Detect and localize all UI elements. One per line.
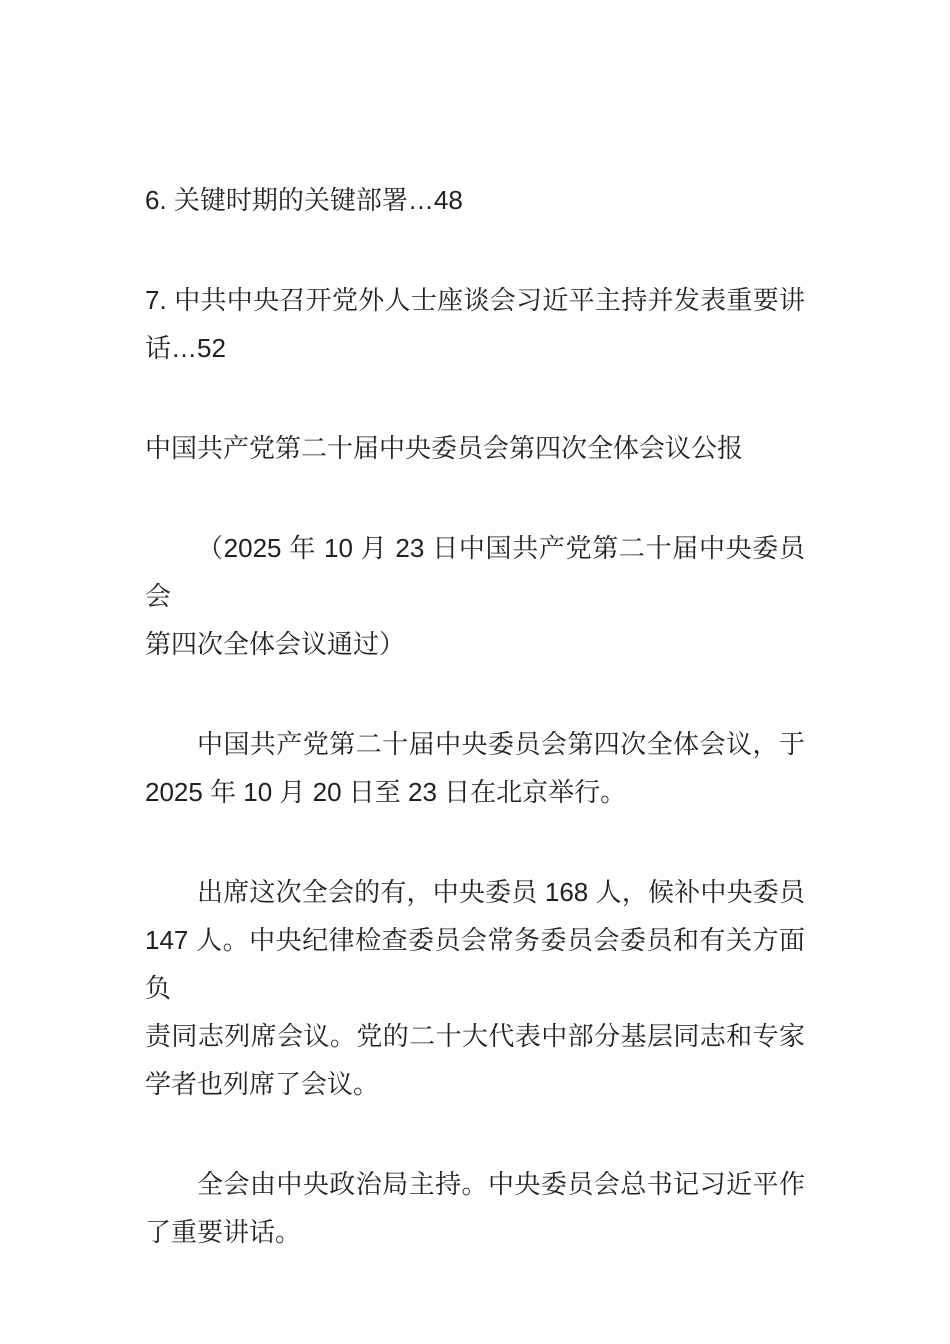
paragraph-presiding-line-2: 了重要讲话。 <box>145 1208 805 1256</box>
toc-item-7-line-1: 7. 中共中央召开党外人士座谈会习近平主持并发表重要讲 <box>145 276 805 324</box>
toc-item-7-line-2: 话…52 <box>145 324 805 372</box>
toc-item-7: 7. 中共中央召开党外人士座谈会习近平主持并发表重要讲 话…52 <box>145 276 805 372</box>
paragraph-attendance-line-2: 147 人。中央纪律检查委员会常务委员会委员和有关方面负 <box>145 916 805 1012</box>
paragraph-session-line-2: 2025 年 10 月 20 日至 23 日在北京举行。 <box>145 768 805 816</box>
document-page: 6. 关键时期的关键部署…48 7. 中共中央召开党外人士座谈会习近平主持并发表… <box>0 0 950 1344</box>
communique-title: 中国共产党第二十届中央委员会第四次全体会议公报 <box>145 424 805 472</box>
communique-subtitle-line-1: （2025 年 10 月 23 日中国共产党第二十届中央委员会 <box>145 524 805 620</box>
paragraph-session-line-1: 中国共产党第二十届中央委员会第四次全体会议，于 <box>145 720 805 768</box>
paragraph-attendance-line-3: 责同志列席会议。党的二十大代表中部分基层同志和专家 <box>145 1012 805 1060</box>
communique-subtitle-line-2: 第四次全体会议通过） <box>145 620 805 668</box>
communique-subtitle: （2025 年 10 月 23 日中国共产党第二十届中央委员会 第四次全体会议通… <box>145 524 805 668</box>
paragraph-attendance: 出席这次全会的有，中央委员 168 人，候补中央委员 147 人。中央纪律检查委… <box>145 868 805 1108</box>
toc-item-6: 6. 关键时期的关键部署…48 <box>145 176 805 224</box>
toc-item-6-line: 6. 关键时期的关键部署…48 <box>145 176 805 224</box>
paragraph-attendance-line-1: 出席这次全会的有，中央委员 168 人，候补中央委员 <box>145 868 805 916</box>
paragraph-presiding: 全会由中央政治局主持。中央委员会总书记习近平作 了重要讲话。 <box>145 1160 805 1256</box>
document-body: 6. 关键时期的关键部署…48 7. 中共中央召开党外人士座谈会习近平主持并发表… <box>0 0 950 1256</box>
paragraph-presiding-line-1: 全会由中央政治局主持。中央委员会总书记习近平作 <box>145 1160 805 1208</box>
paragraph-session: 中国共产党第二十届中央委员会第四次全体会议，于 2025 年 10 月 20 日… <box>145 720 805 816</box>
paragraph-attendance-line-4: 学者也列席了会议。 <box>145 1060 805 1108</box>
communique-title-line: 中国共产党第二十届中央委员会第四次全体会议公报 <box>145 424 805 472</box>
